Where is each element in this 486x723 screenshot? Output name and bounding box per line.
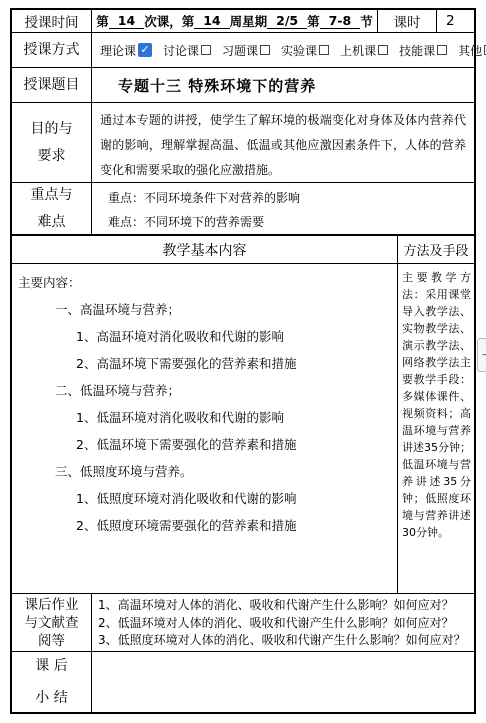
checkbox-unchecked-icon[interactable]	[260, 45, 270, 55]
homework-item: 1、高温环境对人体的消化、吸收和代谢产生什么影响？如何应对？	[98, 597, 470, 615]
checkbox-unchecked-icon[interactable]	[201, 45, 211, 55]
class-hours-label: 课时	[378, 10, 437, 32]
summary-content-empty[interactable]	[92, 652, 474, 712]
content-line: 三、低照度环境与营养。	[18, 458, 393, 485]
option-exercise-label: 习题课	[222, 42, 258, 59]
time-seg4-pre: 第	[307, 12, 320, 30]
option-discussion: 讨论课	[163, 42, 211, 59]
main-content-row: 主要内容： 一、高温环境与营养； 1、高温环境对消化吸收和代谢的影响 2、高温环…	[12, 264, 474, 594]
homework-item: 2、低温环境对人体的消化、吸收和代谢产生什么影响？如何应对？	[98, 615, 470, 633]
weekday-value: 2/5	[267, 13, 307, 29]
topic-row-label: 授课题目	[12, 68, 92, 102]
option-other-label: 其他	[458, 42, 482, 59]
summary-row-label: 课 后 小 结	[12, 652, 92, 712]
time-row-label: 授课时间	[12, 10, 92, 32]
time-seg4-post: 节	[360, 12, 373, 30]
main-content-intro: 主要内容：	[18, 269, 393, 296]
method-row: 授课方式 理论课 ✓ 讨论课 习题课 实验课 上机课	[12, 33, 474, 68]
content-header-row: 教学基本内容 方法及手段	[12, 236, 474, 264]
topic-row: 授课题目 专题十三 特殊环境下的营养	[12, 68, 474, 103]
content-line: 1、高温环境对消化吸收和代谢的影响	[18, 323, 393, 350]
keypoint-line: 重点：不同环境条件下对营养的影响	[108, 186, 466, 210]
keypoints-text: 重点：不同环境条件下对营养的影响 难点：不同环境下的营养需要	[92, 183, 474, 234]
checkbox-unchecked-icon[interactable]	[437, 45, 447, 55]
content-line: 2、低温环境下需要强化的营养素和措施	[18, 431, 393, 458]
checkbox-unchecked-icon[interactable]	[319, 45, 329, 55]
method-options: 理论课 ✓ 讨论课 习题课 实验课 上机课 技能课	[92, 33, 486, 67]
option-experiment-label: 实验课	[281, 42, 317, 59]
content-line: 1、低照度环境对消化吸收和代谢的影响	[18, 485, 393, 512]
content-line: 2、高温环境下需要强化的营养素和措施	[18, 350, 393, 377]
content-header-right: 方法及手段	[398, 236, 474, 263]
purpose-text: 通过本专题的讲授，使学生了解环境的极端变化对身体及体内营养代谢的影响，理解掌握高…	[92, 103, 474, 182]
content-line: 1、低温环境对消化吸收和代谢的影响	[18, 404, 393, 431]
checkbox-checked-icon[interactable]: ✓	[138, 43, 152, 57]
purpose-row: 目的与 要求 通过本专题的讲授，使学生了解环境的极端变化对身体及体内营养代谢的影…	[12, 103, 474, 183]
content-line: 一、高温环境与营养；	[18, 296, 393, 323]
option-other: 其他	[458, 42, 486, 59]
methods-panel: 主要教学方法：采用课堂导入教学法、实物教学法、演示教学法、网络教学法主要教学手段…	[398, 264, 474, 593]
plus-button[interactable]: +	[477, 338, 486, 372]
option-computer: 上机课	[340, 42, 388, 59]
keypoints-row: 重点与 难点 重点：不同环境条件下对营养的影响 难点：不同环境下的营养需要	[12, 183, 474, 236]
homework-row: 课后作业 与文献查 阅等 1、高温环境对人体的消化、吸收和代谢产生什么影响？如何…	[12, 594, 474, 652]
checkbox-unchecked-icon[interactable]	[378, 45, 388, 55]
option-skill-label: 技能课	[399, 42, 435, 59]
keypoints-row-label: 重点与 难点	[12, 183, 92, 234]
means-text: 主要教学手段：多媒体课件、视频资料；高温环境与营养讲述35分钟；低温环境与营养讲…	[402, 356, 471, 539]
option-skill: 技能课	[399, 42, 447, 59]
content-header-left: 教学基本内容	[12, 236, 398, 263]
lesson-plan-page: { "theme": { "checkbox_blue": "#2E74D6",…	[0, 0, 486, 723]
lesson-plan-table: 授课时间 第14次课，第14周星期2/5第7-8节 课时 2 授课方式 理论课 …	[10, 8, 476, 714]
option-exercise: 习题课	[222, 42, 270, 59]
homework-list: 1、高温环境对人体的消化、吸收和代谢产生什么影响？如何应对？ 2、低温环境对人体…	[92, 594, 474, 651]
option-discussion-label: 讨论课	[163, 42, 199, 59]
purpose-row-label: 目的与 要求	[12, 103, 92, 182]
week-number-value: 14	[194, 13, 229, 29]
time-seg2-pre: 次课，第	[144, 12, 194, 30]
lesson-number-value: 14	[109, 13, 144, 29]
method-row-label: 授课方式	[12, 33, 92, 67]
methods-text: 主要教学方法：采用课堂导入教学法、实物教学法、演示教学法、网络教学法	[402, 271, 471, 369]
time-seg3-pre: 周星期	[230, 12, 268, 30]
summary-row: 课 后 小 结	[12, 652, 474, 712]
period-value: 7-8	[320, 13, 361, 29]
main-content: 主要内容： 一、高温环境与营养； 1、高温环境对消化吸收和代谢的影响 2、高温环…	[12, 264, 398, 593]
difficulty-line: 难点：不同环境下的营养需要	[108, 210, 466, 234]
time-row-value: 第14次课，第14周星期2/5第7-8节	[92, 10, 378, 32]
option-experiment: 实验课	[281, 42, 329, 59]
homework-item: 3、低照度环境对人体的消化、吸收和代谢产生什么影响？如何应对？	[98, 632, 470, 650]
homework-row-label: 课后作业 与文献查 阅等	[12, 594, 92, 651]
time-row: 授课时间 第14次课，第14周星期2/5第7-8节 课时 2	[12, 10, 474, 33]
option-theory: 理论课 ✓	[100, 42, 152, 59]
option-theory-label: 理论课	[100, 42, 136, 59]
option-computer-label: 上机课	[340, 42, 376, 59]
content-line: 二、低温环境与营养；	[18, 377, 393, 404]
content-line: 2、低照度环境需要强化的营养素和措施	[18, 512, 393, 539]
topic-title: 专题十三 特殊环境下的营养	[92, 68, 474, 102]
time-seg1-pre: 第	[96, 12, 109, 30]
class-hours-value: 2	[437, 10, 474, 32]
